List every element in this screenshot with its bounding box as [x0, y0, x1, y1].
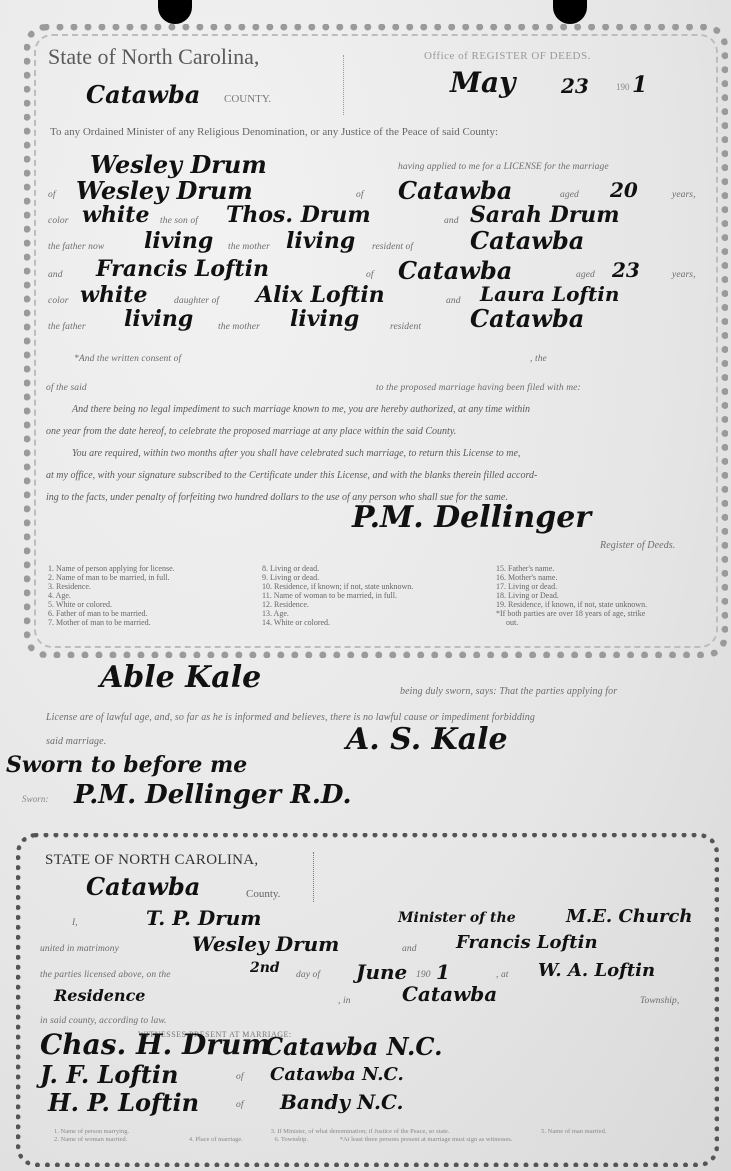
bride-father: Alix Loftin	[256, 282, 385, 308]
place-owner: W. A. Loftin	[538, 960, 655, 981]
aged-label: aged	[560, 190, 579, 200]
bride-name: Francis Loftin	[96, 256, 269, 282]
of-label: of	[48, 190, 56, 200]
consent-the: , the	[530, 354, 547, 364]
witness-3-name: H. P. Loftin	[48, 1088, 199, 1117]
witness-2-name: J. F. Loftin	[40, 1060, 178, 1089]
township-label: Township,	[640, 996, 679, 1006]
certificate-groom: Wesley Drum	[192, 932, 339, 956]
applicant-name: Wesley Drum	[90, 150, 267, 179]
groom-name: Wesley Drum	[76, 176, 253, 205]
certificate-state-title: STATE OF NORTH CAROLINA,	[45, 852, 258, 869]
groom-residence: Catawba	[398, 176, 512, 205]
at-label: , at	[496, 970, 509, 980]
marriage-month: June	[356, 960, 407, 984]
groom-mother-status: living	[286, 228, 355, 254]
register-signature: P.M. Dellinger	[352, 500, 591, 535]
year-handwritten: 1	[632, 72, 647, 98]
bride-parents-residence: Catawba	[470, 304, 584, 333]
date-month: May	[450, 66, 515, 99]
bride-father-status: living	[124, 306, 193, 332]
county-law-text: in said county, according to law.	[40, 1016, 167, 1026]
witness-3-place: Bandy N.C.	[280, 1090, 403, 1114]
day-of-label: day of	[296, 970, 320, 980]
groom-mother: Sarah Drum	[470, 202, 620, 228]
groom-age: 20	[610, 178, 638, 202]
certificate-header-divider	[313, 852, 314, 902]
marriage-day: 2nd	[250, 960, 280, 976]
son-of-label: the son of	[160, 216, 198, 226]
marriage-year-printed: 190	[416, 970, 431, 980]
certificate-bride: Francis Loftin	[456, 932, 598, 953]
and-label: and	[446, 296, 461, 306]
bride-color: white	[80, 282, 147, 308]
groom-parents-residence: Catawba	[470, 226, 584, 255]
office-label: Office of REGISTER OF DEEDS.	[424, 50, 591, 62]
groom-father: Thos. Drum	[226, 202, 371, 228]
consent-filed: to the proposed marriage having been fil…	[376, 383, 581, 393]
license-notes-column-2: 8. Living or dead. 9. Living or dead. 10…	[262, 564, 413, 627]
i-label: I,	[72, 918, 78, 928]
license-notes-column-1: 1. Name of person applying for license. …	[48, 564, 175, 627]
years-label: years,	[672, 190, 696, 200]
sworn-before-me: Sworn to before me	[6, 752, 247, 778]
of-label: of	[236, 1072, 244, 1082]
resident-label: resident	[390, 322, 421, 332]
officiant-name: T. P. Drum	[146, 906, 261, 930]
year-printed: 190	[616, 82, 630, 92]
authorization-paragraph-line2: one year from the date hereof, to celebr…	[46, 426, 456, 437]
mother-label: the mother	[228, 242, 270, 252]
aged-label: aged	[576, 270, 595, 280]
sworn-label: Sworn:	[22, 794, 49, 804]
bride-mother: Laura Loftin	[480, 282, 619, 306]
license-notes-column-3: 15. Father's name. 16. Mother's name. 17…	[496, 564, 647, 627]
of-label: of	[236, 1100, 244, 1110]
register-title: Register of Deeds.	[600, 540, 675, 551]
county-label: COUNTY.	[224, 93, 271, 105]
witness-2-place: Catawba N.C.	[270, 1064, 404, 1085]
of-label: of	[366, 270, 374, 280]
place-type: Residence	[54, 986, 145, 1005]
marriage-year-handwritten: 1	[436, 960, 450, 984]
witness-signature: P.M. Dellinger R.D.	[74, 780, 352, 810]
witness-1-name: Chas. H. Drum	[40, 1028, 271, 1061]
and-label: and	[402, 944, 417, 954]
license-decorative-border	[24, 24, 728, 658]
return-paragraph-line2: at my office, with your signature subscr…	[46, 470, 537, 481]
certificate-notes-row-1: 1. Name of person marrying. 3. If Minist…	[54, 1128, 607, 1135]
and-label: and	[444, 216, 459, 226]
applying-text: having applied to me for a LICENSE for t…	[398, 162, 609, 172]
church-name: M.E. Church	[566, 906, 692, 927]
years-label: years,	[672, 270, 696, 280]
county-handwritten: Catawba	[86, 80, 200, 109]
authorization-paragraph-line1: And there being no legal impediment to s…	[72, 404, 530, 415]
bride-residence: Catawba	[398, 256, 512, 285]
groom-color: white	[82, 202, 149, 228]
date-day: 23	[561, 74, 589, 98]
parties-label: the parties licensed above, on the	[40, 970, 171, 980]
return-paragraph-line1: You are required, within two months afte…	[72, 448, 520, 459]
in-label: , in	[338, 996, 351, 1006]
color-label: color	[48, 216, 69, 226]
officiant-title: Minister of the	[398, 910, 516, 926]
certificate-notes-row-2: 2. Name of woman married. 4. Place of ma…	[54, 1136, 512, 1143]
marriage-township: Catawba	[402, 982, 497, 1006]
father-label: the father	[48, 322, 86, 332]
mother-label: the mother	[218, 322, 260, 332]
groom-father-status: living	[144, 228, 213, 254]
consent-text: *And the written consent of	[74, 354, 181, 364]
color-label: color	[48, 296, 69, 306]
salutation: To any Ordained Minister of any Religiou…	[50, 126, 498, 138]
affiant-signature: A. S. Kale	[346, 722, 508, 757]
certificate-county-label: County.	[246, 888, 280, 900]
resident-of-label: resident of	[372, 242, 413, 252]
header-divider	[343, 55, 344, 115]
of-label: of	[356, 190, 364, 200]
affidavit-line3: said marriage.	[46, 736, 106, 747]
united-label: united in matrimony	[40, 944, 119, 954]
affiant-name: Able Kale	[100, 660, 261, 695]
certificate-county-handwritten: Catawba	[86, 872, 200, 901]
and-label: and	[48, 270, 63, 280]
father-now-label: the father now	[48, 242, 104, 252]
state-title: State of North Carolina,	[48, 44, 259, 70]
of-the-said: of the said	[46, 383, 87, 393]
sworn-text: being duly sworn, says: That the parties…	[400, 686, 617, 697]
bride-mother-status: living	[290, 306, 359, 332]
daughter-of-label: daughter of	[174, 296, 219, 306]
bride-age: 23	[612, 258, 640, 282]
witness-1-place: Catawba N.C.	[264, 1032, 442, 1061]
